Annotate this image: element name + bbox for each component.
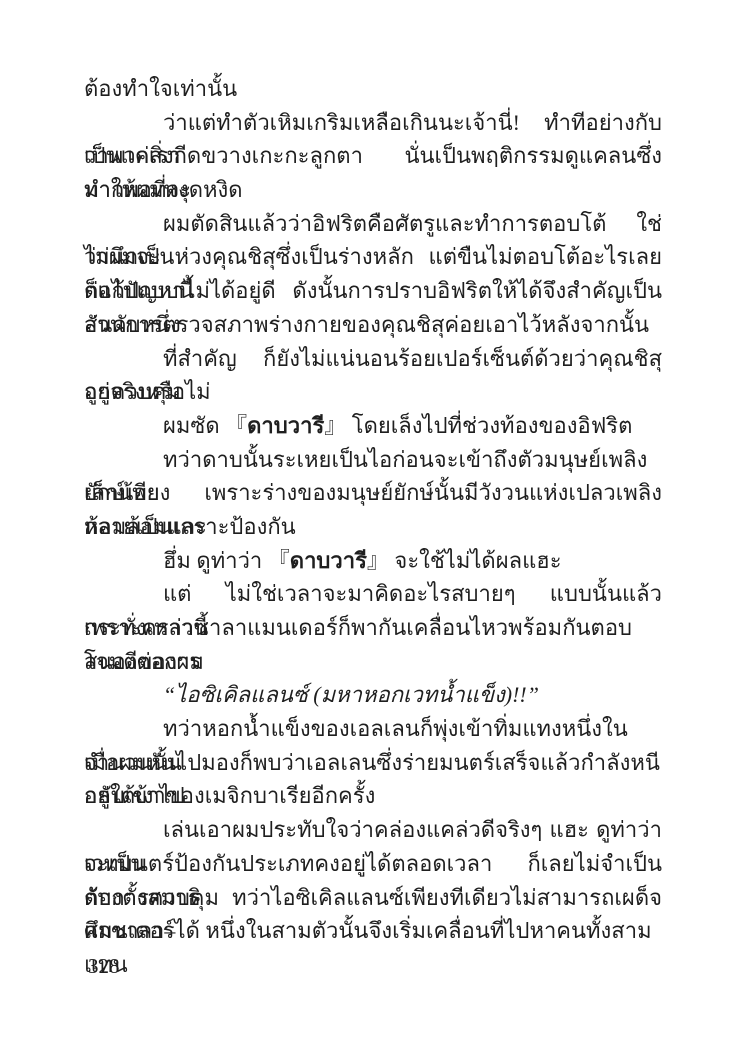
text-segment: 』 จะใช้ไม่ได้ผลแฮะ bbox=[367, 548, 562, 573]
text-segment: ฮึ่ม ดูท่าว่า 『 bbox=[163, 548, 290, 573]
text-line: ทำให้ผมหงุดหงิด bbox=[84, 173, 662, 207]
text-segment: แมนเดอร์ได้ หนึ่งในสามตัวนั้นจึงเริ่มเคล… bbox=[84, 918, 652, 977]
page-number: 328 bbox=[88, 953, 120, 979]
text-segment: อยู่จริงหรือไม่ bbox=[84, 379, 211, 404]
text-segment: ผมซัด 『 bbox=[163, 413, 247, 438]
text-body: ต้องทำใจเท่านั้นว่าแต่ทำตัวเหิมเกริมเหลื… bbox=[84, 72, 662, 948]
text-line: ก็แก้ปัญหาไม่ได้อยู่ดี ดังนั้นการปราบอิฟ… bbox=[84, 274, 662, 308]
text-segment: ทำให้ผมหงุดหงิด bbox=[84, 177, 243, 202]
text-segment: อยู่ใต้เงาของเมจิกบาเรียอีกครั้ง bbox=[84, 783, 375, 808]
text-line: ต้องทำใจเท่านั้น bbox=[84, 72, 662, 106]
text-line: ผมตัดสินแล้วว่าอิฟริตคือศัตรูและทำการตอบ… bbox=[84, 207, 662, 241]
text-segment: ต้องทำใจเท่านั้น bbox=[84, 76, 237, 101]
text-line: เวทมนตร์ป้องกันประเภทคงอยู่ได้ตลอดเวลา ก… bbox=[84, 847, 662, 881]
text-line: ที่สำคัญ ก็ยังไม่แน่นอนร้อยเปอร์เซ็นต์ด้… bbox=[84, 342, 662, 376]
text-line: ส่วนการตรวจสภาพร่างกายของคุณชิสุค่อยเอาไ… bbox=[84, 308, 662, 342]
text-line: ผมซัด 『ดาบวารี』 โดยเล็งไปที่ช่วงท้องของอ… bbox=[84, 409, 662, 443]
text-line: กลายเป็นเกราะป้องกัน bbox=[84, 510, 662, 544]
text-line: กระทั่งเหล่าซาลาแมนเดอร์ก็พากันเคลื่อนไห… bbox=[84, 611, 662, 645]
text-line: แมนเดอร์ได้ หนึ่งในสามตัวนั้นจึงเริ่มเคล… bbox=[84, 914, 662, 948]
text-line: เป็นแค่สิ่งกีดขวางเกะกะลูกตา นั่นเป็นพฤต… bbox=[84, 139, 662, 173]
text-segment: โจมตีของผม bbox=[84, 649, 204, 674]
text-line: แต่ ไม่ใช่เวลาจะมาคิดอะไรสบายๆ แบบนั้นแล… bbox=[84, 577, 662, 611]
text-segment: กลายเป็นเกราะป้องกัน bbox=[84, 514, 296, 539]
text-line: ไม่นึกเป็นห่วงคุณชิสุซึ่งเป็นร่างหลัก แต… bbox=[84, 240, 662, 274]
text-line: ทว่าดาบนั้นระเหยเป็นไอก่อนจะเข้าถึงตัวมน… bbox=[84, 443, 662, 477]
spoken-incantation: “ไอซิเคิลแลนซ์ (มหาหอกเวทน้ำแข็ง)!!” bbox=[163, 682, 539, 707]
text-line: “ไอซิเคิลแลนซ์ (มหาหอกเวทน้ำแข็ง)!!” bbox=[84, 678, 662, 712]
text-line: เล็กน้อย เพราะร่างของมนุษย์ยักษ์นั้นมีวั… bbox=[84, 476, 662, 510]
book-page: { "page": { "number": "328", "background… bbox=[0, 0, 738, 1051]
text-line: ฮึ่ม ดูท่าว่า 『ดาบวารี』 จะใช้ไม่ได้ผลแฮะ bbox=[84, 544, 662, 578]
page-background: ต้องทำใจเท่านั้นว่าแต่ทำตัวเหิมเกริมเหลื… bbox=[0, 0, 738, 1051]
text-line: อยู่จริงหรือไม่ bbox=[84, 375, 662, 409]
skill-name: ดาบวารี bbox=[290, 548, 367, 573]
text-line: เล่นเอาผมประทับใจว่าคล่องแคล่วดีจริงๆ แฮ… bbox=[84, 813, 662, 847]
text-line: โจมตีของผม bbox=[84, 645, 662, 679]
text-segment: 』 โดยเล็งไปที่ช่วงท้องของอิฟริต bbox=[324, 413, 632, 438]
text-line: ว่าแต่ทำตัวเหิมเกริมเหลือเกินนะเจ้านี่! … bbox=[84, 106, 662, 140]
text-segment: ส่วนการตรวจสภาพร่างกายของคุณชิสุค่อยเอาไ… bbox=[84, 312, 649, 337]
text-line: ทว่าหอกน้ำแข็งของเอลเลนก็พุ่งเข้าทิ่มแทง… bbox=[84, 712, 662, 746]
text-line: เมื่อผมหันไปมองก็พบว่าเอลเลนซึ่งร่ายมนตร… bbox=[84, 746, 662, 780]
text-line: กับการควบคุม ทว่าไอซิเคิลแลนซ์เพียงทีเดี… bbox=[84, 881, 662, 915]
skill-name: ดาบวารี bbox=[247, 413, 324, 438]
text-line: อยู่ใต้เงาของเมจิกบาเรียอีกครั้ง bbox=[84, 779, 662, 813]
